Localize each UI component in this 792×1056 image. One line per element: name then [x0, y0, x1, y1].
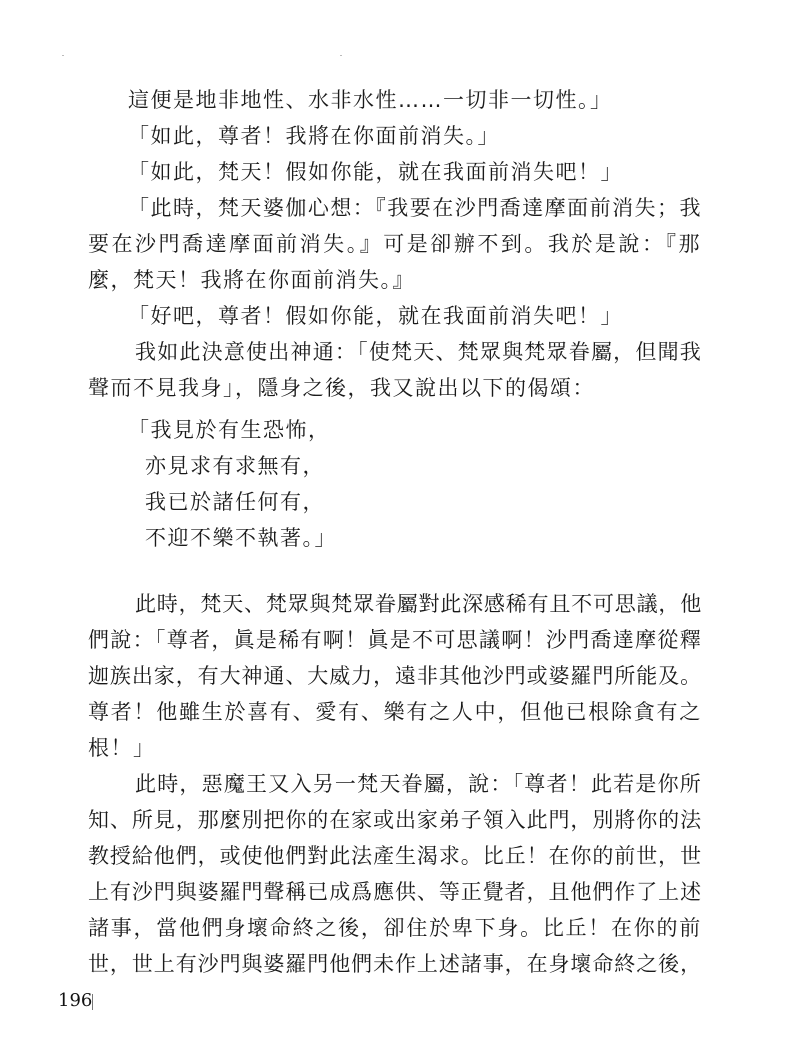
text-line: 根！」: [88, 736, 156, 760]
book-page: 這便是地非地性、水非水性……一切非一切性。」「如此，尊者！我將在你面前消失。」「…: [0, 0, 792, 1056]
text-line: 要在沙門喬達摩面前消失。』可是卻辦不到。我於是說：『那: [88, 232, 702, 256]
scan-speck: [62, 55, 64, 56]
text-line: 諸事，當他們身壞命終之後，卻住於卑下身。比丘！在你的前: [88, 916, 702, 940]
text-line: 上有沙門與婆羅門聲稱已成爲應供、等正覺者，且他們作了上述: [88, 880, 702, 904]
scan-speck: [340, 55, 342, 56]
text-line: 我如此決意使出神通：「使梵天、梵眾與梵眾眷屬，但聞我: [135, 340, 702, 364]
text-line: 此時，梵天、梵眾與梵眾眷屬對此深感稀有且不可思議，他: [135, 592, 702, 616]
text-line: 「好吧，尊者！假如你能，就在我面前消失吧！」: [128, 304, 623, 328]
text-line: 迦族出家，有大神通、大威力，遠非其他沙門或婆羅門所能及。: [88, 664, 702, 688]
text-line: 們說：「尊者，眞是稀有啊！眞是不可思議啊！沙門喬達摩從釋: [88, 628, 702, 652]
text-line: 麼，梵天！我將在你面前消失。』: [88, 268, 415, 292]
text-line: 「如此，尊者！我將在你面前消失。」: [128, 124, 500, 148]
verse-line: 亦見求有求無有，: [145, 454, 325, 478]
verse-line: 「我見於有生恐怖，: [128, 418, 331, 442]
text-line: 聲而不見我身」，隱身之後，我又說出以下的偈頌：: [88, 376, 595, 400]
text-line: 這便是地非地性、水非水性……一切非一切性。」: [128, 88, 613, 112]
verse-line: 我已於諸任何有，: [145, 490, 325, 514]
text-line: 尊者！他雖生於喜有、愛有、樂有之人中，但他已根除貪有之: [88, 700, 702, 724]
text-line: 教授給他們，或使他們對此法產生渴求。比丘！在你的前世，世: [88, 844, 702, 868]
text-line: 「如此，梵天！假如你能，就在我面前消失吧！」: [128, 160, 623, 184]
text-line: 此時，惡魔王又入另一梵天眷屬，說：「尊者！此若是你所: [135, 772, 702, 796]
text-line: 知、所見，那麼別把你的在家或出家弟子領入此門，別將你的法: [88, 808, 702, 832]
verse-line: 不迎不樂不執著。」: [145, 526, 337, 550]
page-number: 196: [58, 990, 92, 1011]
folio-rule: [92, 994, 93, 1010]
text-line: 「此時，梵天婆伽心想：『我要在沙門喬達摩面前消失；我: [128, 196, 702, 220]
text-line: 世，世上有沙門與婆羅門他們未作上述諸事，在身壞命終之後，: [88, 952, 702, 976]
